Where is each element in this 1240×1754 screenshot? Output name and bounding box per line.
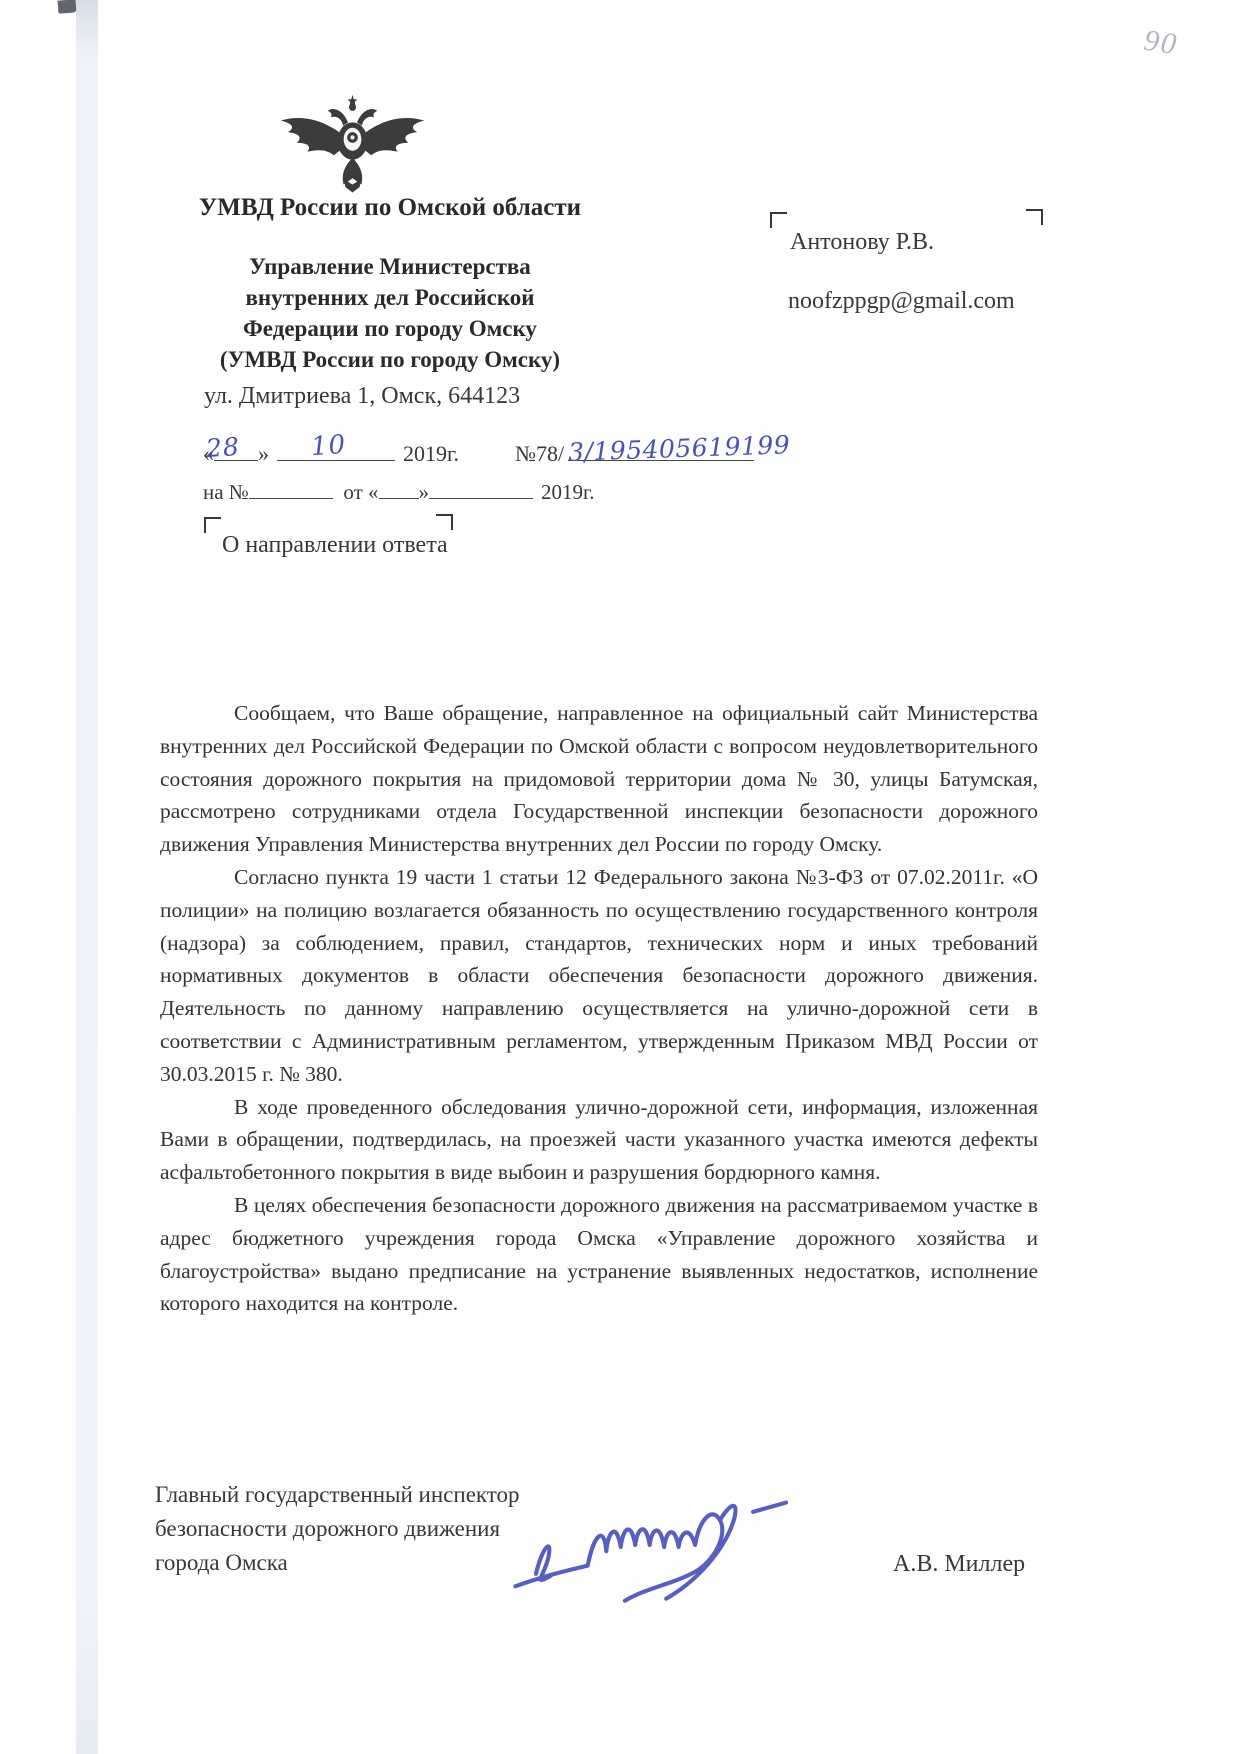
date-day-blank: 28 (214, 460, 258, 461)
letter-body: Сообщаем, что Ваше обращение, направленн… (160, 697, 1038, 1320)
date-month-blank: 10 (277, 460, 395, 461)
handwritten-doc-number: 3/195405619199 (568, 430, 791, 467)
handwritten-signature (505, 1472, 815, 1622)
signer-name: А.В. Миллер (893, 1551, 1025, 1578)
agency-title: УМВД России по Омской области (150, 194, 630, 222)
reply-month-blank (429, 498, 533, 499)
scanned-letter-page: 90 УМВД России по Омской области Управле… (0, 0, 1240, 1754)
recipient-email: noofzppgp@gmail.com (788, 288, 1015, 315)
pencil-page-number: 90 (1142, 24, 1180, 62)
handwritten-month: 10 (310, 430, 347, 462)
mvd-eagle-emblem (275, 94, 430, 196)
recipient-corner-mark-right (1026, 209, 1043, 225)
body-paragraph: В ходе проведенного обследования улично-… (160, 1091, 1038, 1189)
body-paragraph: Сообщаем, что Ваше обращение, направленн… (160, 697, 1038, 861)
org-name: Управление Министерства внутренних дел Р… (165, 251, 615, 375)
reply-reference-line: на № от «»2019г. (203, 480, 595, 505)
quote-close: » (258, 441, 269, 466)
scan-corner-smudge (58, 0, 77, 14)
body-paragraph: Согласно пункта 19 части 1 статьи 12 Фед… (160, 861, 1038, 1091)
body-paragraph: В целях обеспечения безопасности дорожно… (160, 1189, 1038, 1320)
year-suffix: 2019г. (403, 441, 459, 466)
recipient-corner-mark-left (770, 212, 787, 228)
reply-day-blank (379, 498, 419, 499)
reply-quote-open: « (368, 480, 379, 504)
scan-fold-band (76, 0, 98, 1754)
doc-number-prefix: №78/ (515, 441, 564, 466)
signer-title: Главный государственный инспектор безопа… (155, 1478, 520, 1580)
recipient-name: Антонову Р.В. (790, 229, 934, 256)
doc-number-blank: 3/195405619199 (568, 460, 754, 461)
date-number-line: «28»102019г.№78/3/195405619199 (203, 441, 754, 467)
reply-year-suffix: 2019г. (541, 480, 595, 504)
reply-quote-close: » (419, 480, 430, 504)
reply-na-label: на № (203, 480, 249, 504)
subject-corner-mark-left (204, 517, 221, 533)
street-address: ул. Дмитриева 1, Омск, 644123 (204, 383, 520, 410)
reply-number-blank (249, 498, 333, 499)
reply-ot-label: от (343, 480, 362, 504)
subject-line: О направлении ответа (222, 532, 448, 559)
handwritten-day: 28 (205, 432, 241, 463)
subject-corner-mark-right (436, 514, 453, 530)
